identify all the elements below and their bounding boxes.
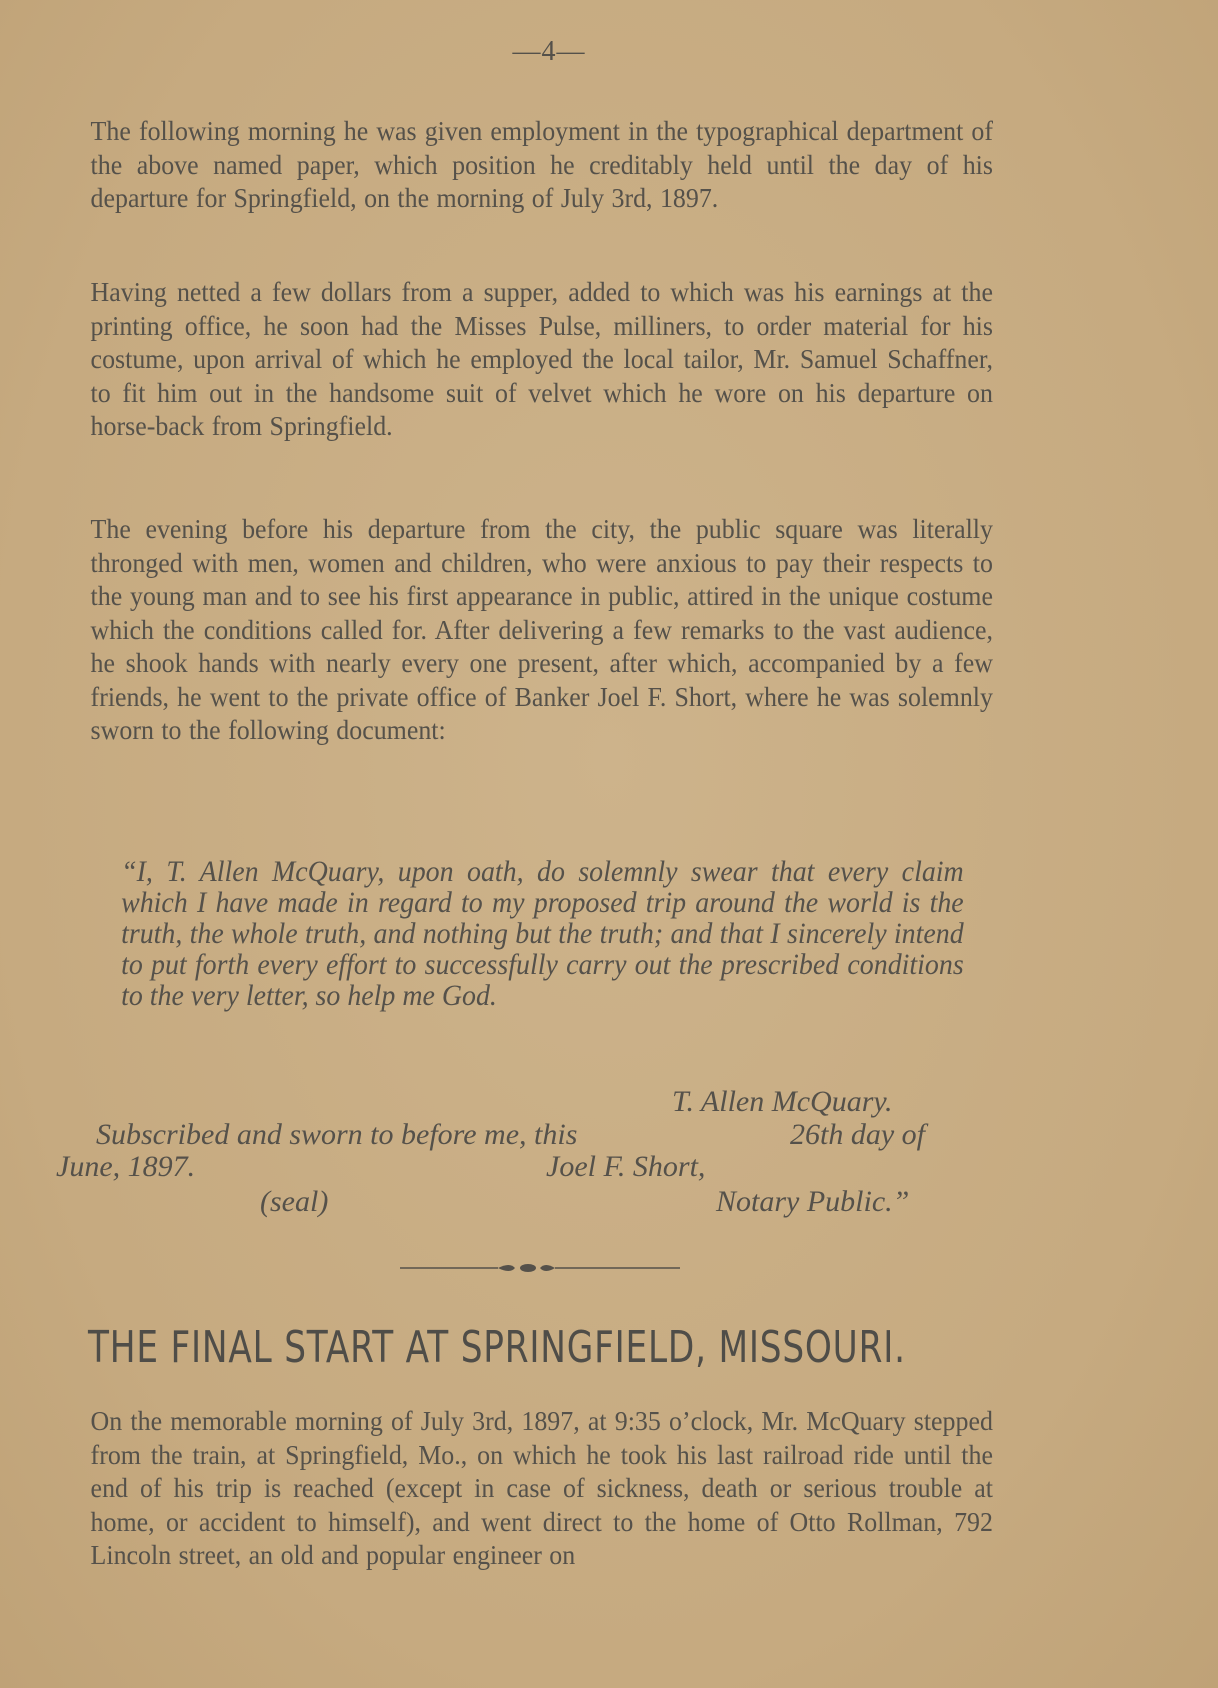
notary-name: Joel F. Short,	[546, 1150, 705, 1184]
section-heading: THE FINAL START AT SPRINGFIELD, MISSOURI…	[88, 1322, 821, 1373]
oath-signature: T. Allen McQuary.	[672, 1085, 893, 1119]
paragraph-costume: Having netted a few dollars from a suppe…	[56, 276, 993, 444]
paragraph-employment: The following morning he was given emplo…	[56, 115, 993, 216]
notary-title: Notary Public.”	[716, 1185, 909, 1219]
paragraph-final-start: On the memorable morning of July 3rd, 18…	[56, 1405, 993, 1573]
oath-date: June, 1897.	[56, 1150, 195, 1184]
oath-text: “I, T. Allen McQuary, upon oath, do sole…	[56, 856, 964, 1011]
subscribed-date: 26th day of	[790, 1118, 925, 1152]
seal-label: (seal)	[260, 1185, 328, 1219]
ornament-divider-icon	[400, 1258, 680, 1278]
subscribed-line: Subscribed and sworn to before me, this	[96, 1118, 577, 1152]
paragraph-departure-evening: The evening before his departure from th…	[56, 513, 993, 748]
page-number: —4—	[0, 36, 1098, 68]
